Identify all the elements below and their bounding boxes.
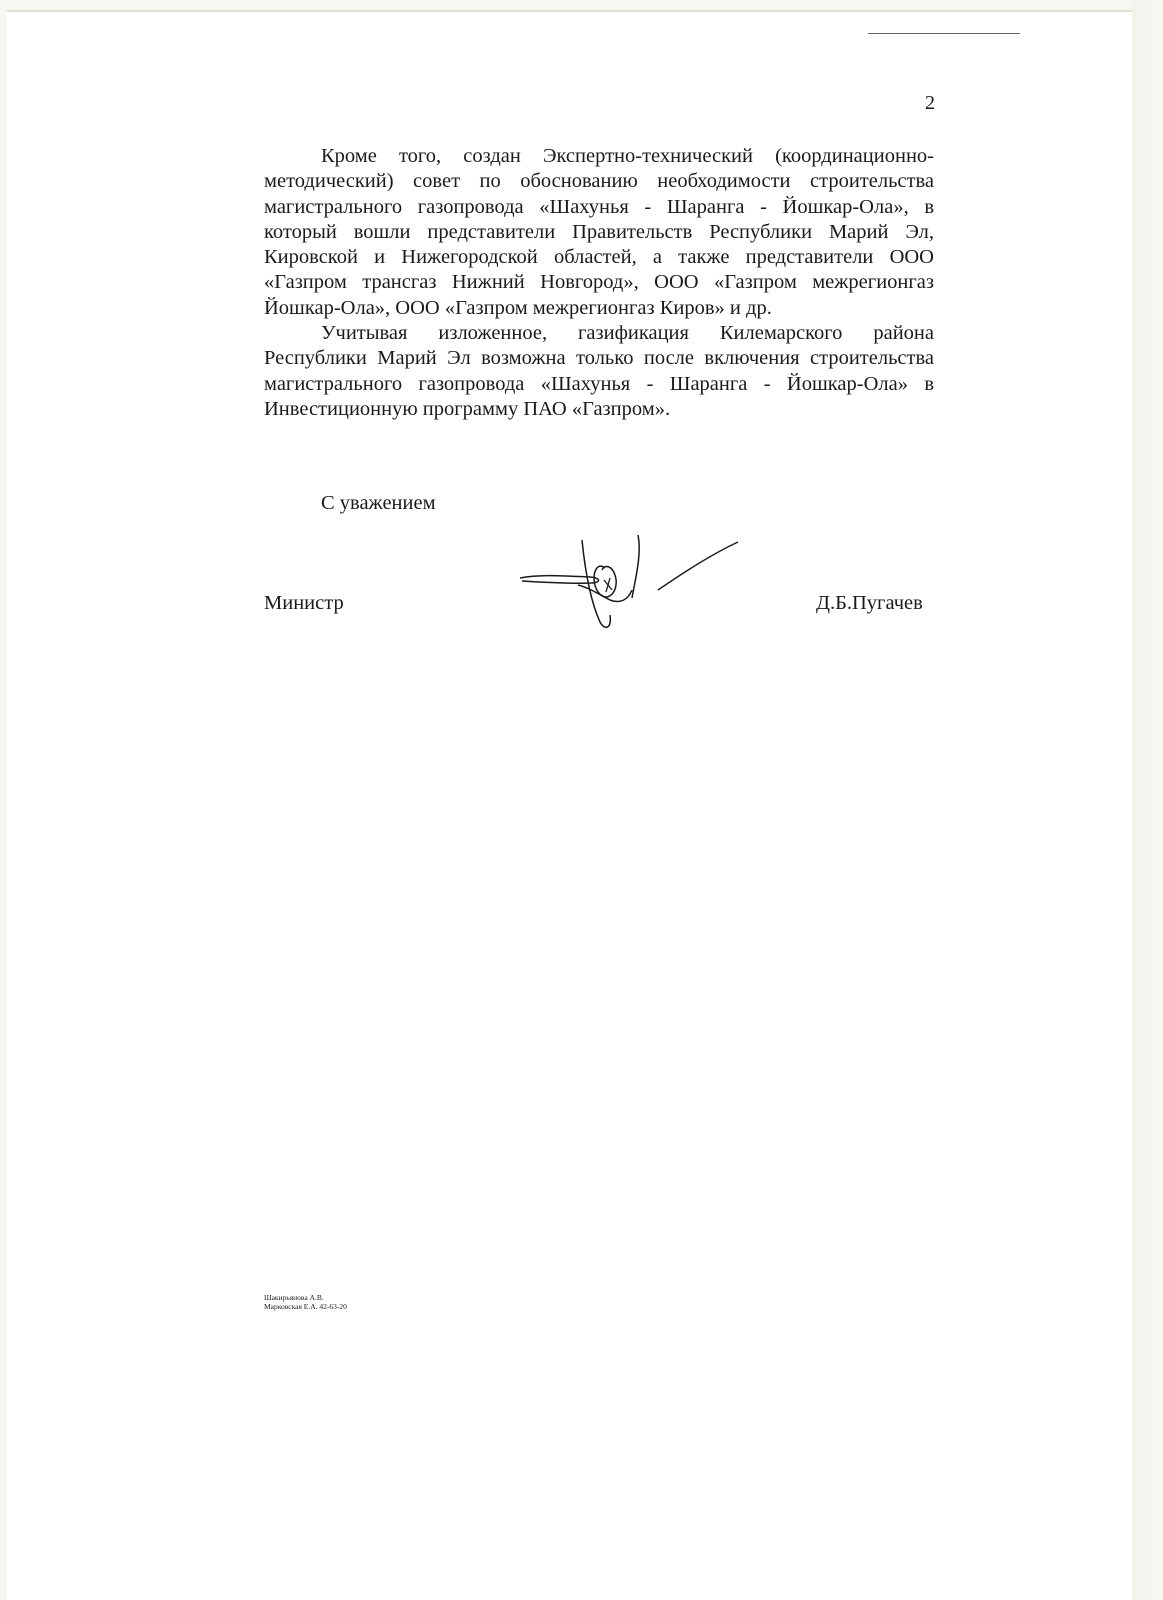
executors-block: Шакирьянова А.В. Марковская Е.А. 42-63-2… [264,1293,347,1311]
signer-name: Д.Б.Пугачев [816,592,923,615]
scan-edge [1132,0,1163,1600]
executor-line: Марковская Е.А. 42-63-20 [264,1302,347,1311]
signer-position: Министр [264,592,344,615]
paragraph-council: Кроме того, создан Экспертно-технический… [264,144,934,321]
signature-icon [520,530,760,640]
executor-line: Шакирьянова А.В. [264,1293,347,1302]
closing-salutation: С уважением [321,492,436,515]
page-number: 2 [925,92,935,115]
letter-body: Кроме того, создан Экспертно-технический… [264,144,934,422]
paragraph-conclusion: Учитывая изложенное, газификация Килемар… [264,321,934,422]
header-rule [868,33,1020,34]
